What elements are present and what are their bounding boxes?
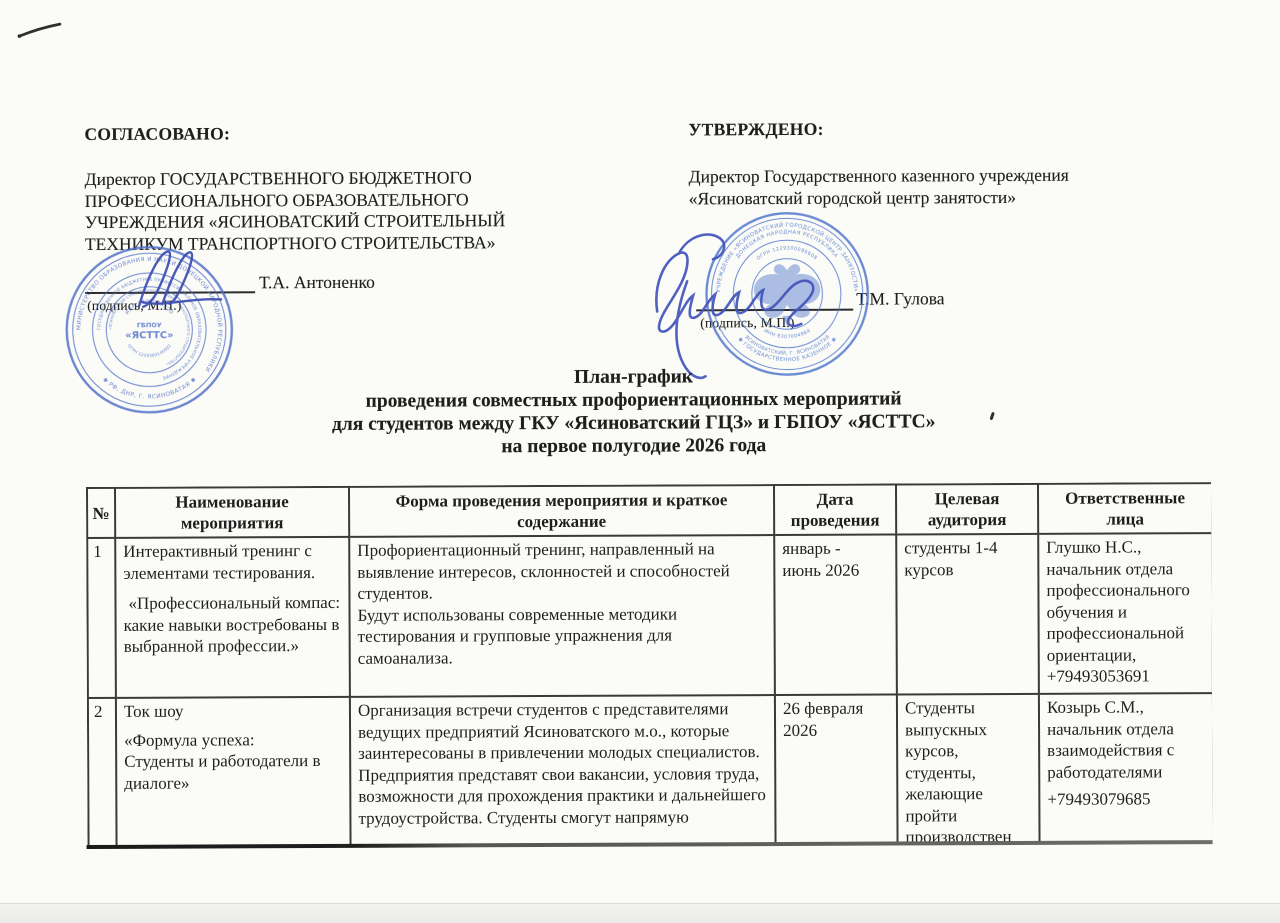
cell-form-content: Профориентационный тренинг, направленный… bbox=[349, 535, 775, 697]
cell-audience: студенты 1-4 курсов bbox=[896, 534, 1039, 695]
title-line-4: на первое полугодие 2026 года bbox=[0, 432, 1268, 461]
stamp-left-center-top: ГБПОУ bbox=[137, 321, 162, 329]
cell-activity-name: Интерактивный тренинг с элементами тести… bbox=[115, 537, 350, 698]
table-row-2: 2 Ток шоу «Формула успеха: Студенты и ра… bbox=[88, 693, 1213, 848]
cell-audience: Студенты выпускных курсов, студенты, жел… bbox=[897, 694, 1040, 848]
header-number: № bbox=[87, 488, 115, 538]
handwritten-signature-left bbox=[117, 233, 267, 314]
responsible-contact: Глушко Н.С., начальник отдела профессион… bbox=[1046, 536, 1205, 666]
header-responsible: Ответственные лица bbox=[1038, 483, 1212, 534]
cell-number: 1 bbox=[87, 538, 116, 698]
cell-responsible: Козырь С.М., начальник отдела взаимодейс… bbox=[1039, 693, 1213, 848]
cell-responsible: Глушко Н.С., начальник отдела профессион… bbox=[1038, 533, 1212, 694]
cell-form-content: Организация встречи студентов с представ… bbox=[350, 695, 776, 848]
cell-date: 26 февраля 2026 bbox=[775, 694, 898, 848]
cell-number: 2 bbox=[88, 698, 117, 848]
approved-label: УТВЕРЖДЕНО: bbox=[688, 119, 823, 141]
cell-activity-name: Ток шоу «Формула успеха: Студенты и рабо… bbox=[116, 697, 351, 848]
responsible-phone: +79493079685 bbox=[1047, 788, 1205, 810]
pen-mark bbox=[16, 18, 64, 40]
header-activity-name: Наименование мероприятия bbox=[115, 487, 349, 538]
schedule-table: № Наименование мероприятия Форма проведе… bbox=[86, 482, 1213, 848]
stamp-left-ogrn: ОГРН 1229300146992 bbox=[127, 343, 173, 358]
activity-name-paragraph: «Формула успеха: Студенты и работодатели… bbox=[124, 728, 342, 793]
responsible-contact: Козырь С.М., начальник отдела взаимодейс… bbox=[1047, 696, 1205, 783]
responsible-phone: +79493053691 bbox=[1047, 665, 1205, 687]
schedule-table-wrapper: № Наименование мероприятия Форма проведе… bbox=[86, 482, 1213, 848]
activity-name-paragraph: Ток шоу bbox=[124, 700, 342, 722]
scan-bottom-band bbox=[0, 903, 1280, 923]
cell-date: январь - июнь 2026 bbox=[774, 534, 897, 695]
header-audience: Целевая аудитория bbox=[896, 484, 1038, 535]
agreed-signer-name: Т.А. Антоненко bbox=[259, 272, 375, 294]
activity-name-paragraph: Интерактивный тренинг с элементами тести… bbox=[123, 540, 341, 584]
header-date: Дата проведения bbox=[774, 484, 896, 535]
scanned-page: СОГЛАСОВАНО: Директор ГОСУДАРСТВЕННОГО Б… bbox=[0, 0, 1280, 923]
agreed-label: СОГЛАСОВАНО: bbox=[84, 123, 230, 145]
approved-organization-text: Директор Государственного казенного учре… bbox=[689, 164, 1229, 209]
stamp-left-center: «ЯСТТС» bbox=[125, 330, 173, 341]
table-row-1: 1 Интерактивный тренинг с элементами тес… bbox=[87, 533, 1212, 698]
table-header-row: № Наименование мероприятия Форма проведе… bbox=[87, 483, 1212, 538]
header-form-content: Форма проведения мероприятия и краткое с… bbox=[349, 485, 774, 537]
activity-name-paragraph: «Профессиональный компас: какие навыки в… bbox=[123, 592, 341, 657]
document-title: План-график проведения совместных профор… bbox=[0, 363, 1268, 461]
